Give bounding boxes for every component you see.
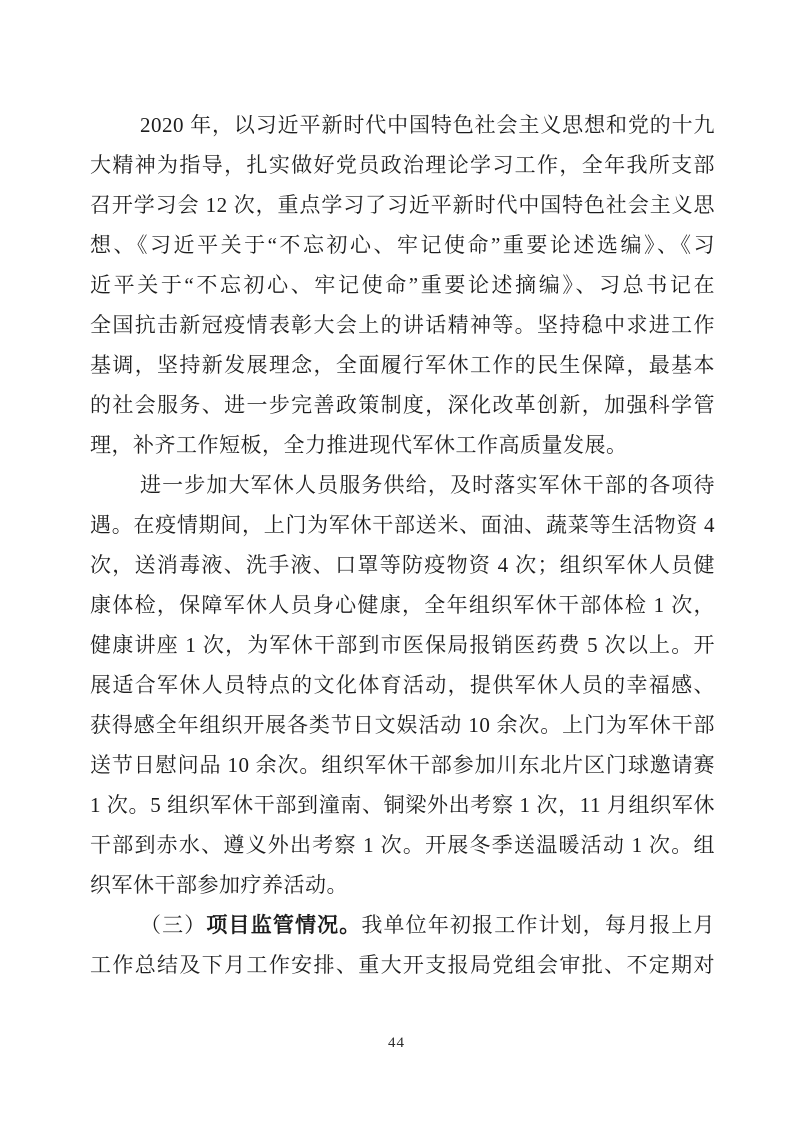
text-line: 基调，坚持新发展理念，全面履行军休工作的民生保障，最基本 <box>90 345 715 385</box>
text-run: 织军休干部参加疗养活动。 <box>90 873 348 897</box>
page-footer: 44 <box>0 1034 793 1052</box>
text-run: 全国抗击新冠疫情表彰大会上的讲话精神等。坚持稳中求进工作 <box>90 313 715 337</box>
text-run: 我单位年初报工作计划，每月报上月 <box>361 913 715 937</box>
paragraph: 进一步加大军休人员服务供给，及时落实军休干部的各项待遇。在疫情期间，上门为军休干… <box>90 465 715 905</box>
page-number: 44 <box>388 1035 405 1051</box>
text-run: 康体检，保障军休人员身心健康，全年组织军休干部体检 1 次， <box>90 593 715 617</box>
text-run: 近平关于“不忘初心、牢记使命”重要论述摘编》、习总书记在 <box>90 273 715 297</box>
text-run: 遇。在疫情期间，上门为军休干部送米、面油、蔬菜等生活物资 4 <box>90 513 715 537</box>
text-line: 健康讲座 1 次，为军休干部到市医保局报销医药费 5 次以上。开 <box>90 625 715 665</box>
text-run: 健康讲座 1 次，为军休干部到市医保局报销医药费 5 次以上。开 <box>90 633 715 657</box>
text-line: 近平关于“不忘初心、牢记使命”重要论述摘编》、习总书记在 <box>90 265 715 305</box>
paragraph: （三）项目监管情况。我单位年初报工作计划，每月报上月工作总结及下月工作安排、重大… <box>90 905 715 985</box>
text-line: 展适合军休人员特点的文化体育活动，提供军休人员的幸福感、 <box>90 665 715 705</box>
text-line: 次，送消毒液、洗手液、口罩等防疫物资 4 次；组织军休人员健 <box>90 545 715 585</box>
text-line: 进一步加大军休人员服务供给，及时落实军休干部的各项待 <box>90 465 715 505</box>
text-run: 2020 年，以习近平新时代中国特色社会主义思想和党的十九 <box>140 113 715 137</box>
text-run: 进一步加大军休人员服务供给，及时落实军休干部的各项待 <box>140 473 715 497</box>
document-page: 2020 年，以习近平新时代中国特色社会主义思想和党的十九大精神为指导，扎实做好… <box>0 0 793 1122</box>
text-line: 织军休干部参加疗养活动。 <box>90 865 715 905</box>
text-run: 获得感全年组织开展各类节日文娱活动 10 余次。上门为军休干部 <box>90 713 715 737</box>
text-line: 获得感全年组织开展各类节日文娱活动 10 余次。上门为军休干部 <box>90 705 715 745</box>
text-line: 遇。在疫情期间，上门为军休干部送米、面油、蔬菜等生活物资 4 <box>90 505 715 545</box>
text-line: 全国抗击新冠疫情表彰大会上的讲话精神等。坚持稳中求进工作 <box>90 305 715 345</box>
text-line: 干部到赤水、遵义外出考察 1 次。开展冬季送温暖活动 1 次。组 <box>90 825 715 865</box>
paragraph: 2020 年，以习近平新时代中国特色社会主义思想和党的十九大精神为指导，扎实做好… <box>90 105 715 465</box>
text-line: 康体检，保障军休人员身心健康，全年组织军休干部体检 1 次， <box>90 585 715 625</box>
text-run: 工作总结及下月工作安排、重大开支报局党组会审批、不定期对 <box>90 953 715 977</box>
text-run: 干部到赤水、遵义外出考察 1 次。开展冬季送温暖活动 1 次。组 <box>90 833 715 857</box>
text-line: （三）项目监管情况。我单位年初报工作计划，每月报上月 <box>90 905 715 945</box>
text-run: 送节日慰问品 10 余次。组织军休干部参加川东北片区门球邀请赛 <box>90 753 715 777</box>
text-run: （三） <box>140 913 206 937</box>
text-run: 次，送消毒液、洗手液、口罩等防疫物资 4 次；组织军休人员健 <box>90 553 715 577</box>
text-run: 1 次。5 组织军休干部到潼南、铜梁外出考察 1 次，11 月组织军休 <box>90 793 715 817</box>
text-line: 理，补齐工作短板，全力推进现代军休工作高质量发展。 <box>90 425 715 465</box>
text-run: 展适合军休人员特点的文化体育活动，提供军休人员的幸福感、 <box>90 673 715 697</box>
text-line: 2020 年，以习近平新时代中国特色社会主义思想和党的十九 <box>90 105 715 145</box>
text-run: 召开学习会 12 次，重点学习了习近平新时代中国特色社会主义思 <box>90 193 715 217</box>
text-line: 大精神为指导，扎实做好党员政治理论学习工作，全年我所支部 <box>90 145 715 185</box>
text-line: 送节日慰问品 10 余次。组织军休干部参加川东北片区门球邀请赛 <box>90 745 715 785</box>
text-run: 大精神为指导，扎实做好党员政治理论学习工作，全年我所支部 <box>90 153 715 177</box>
text-run: 理，补齐工作短板，全力推进现代军休工作高质量发展。 <box>90 433 628 457</box>
text-run: 基调，坚持新发展理念，全面履行军休工作的民生保障，最基本 <box>90 353 715 377</box>
text-line: 的社会服务、进一步完善政策制度，深化改革创新，加强科学管 <box>90 385 715 425</box>
text-line: 1 次。5 组织军休干部到潼南、铜梁外出考察 1 次，11 月组织军休 <box>90 785 715 825</box>
document-body: 2020 年，以习近平新时代中国特色社会主义思想和党的十九大精神为指导，扎实做好… <box>90 105 715 985</box>
bold-text-run: 项目监管情况。 <box>206 913 361 937</box>
text-line: 召开学习会 12 次，重点学习了习近平新时代中国特色社会主义思 <box>90 185 715 225</box>
text-run: 的社会服务、进一步完善政策制度，深化改革创新，加强科学管 <box>90 393 715 417</box>
text-line: 工作总结及下月工作安排、重大开支报局党组会审批、不定期对 <box>90 945 715 985</box>
text-run: 想、《习近平关于“不忘初心、牢记使命”重要论述选编》、《习 <box>90 233 715 257</box>
text-line: 想、《习近平关于“不忘初心、牢记使命”重要论述选编》、《习 <box>90 225 715 265</box>
